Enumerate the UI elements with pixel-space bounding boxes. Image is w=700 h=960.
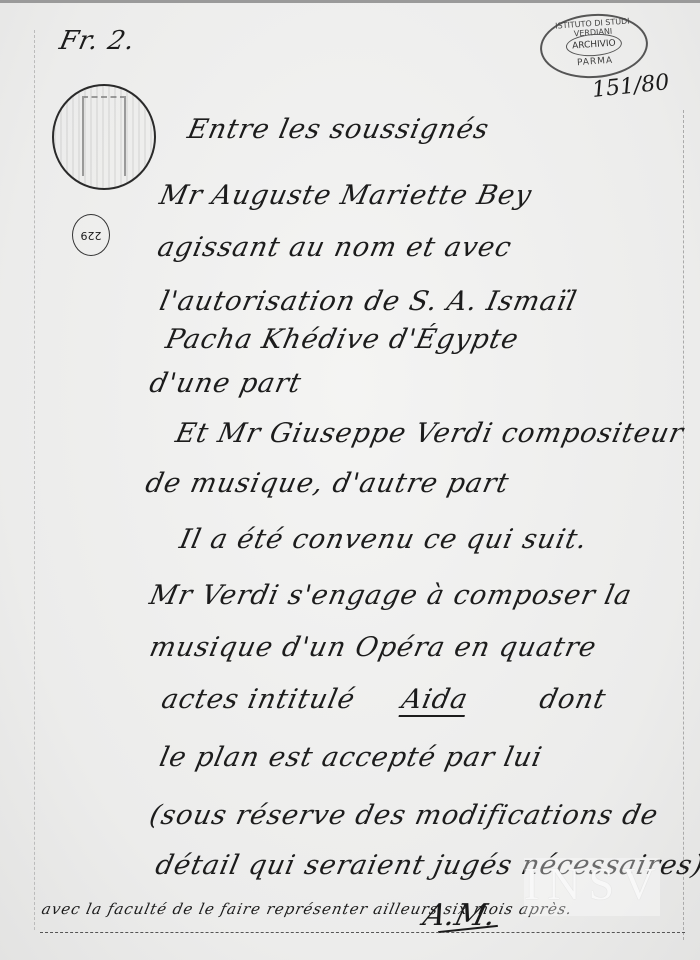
text-line: Et Mr Giuseppe Verdi compositeur	[173, 418, 687, 449]
text-line: Entre les soussignés	[185, 114, 492, 145]
text-line: l'autorisation de S. A. Ismaïl	[157, 286, 580, 317]
text-line: de musique, d'autre part	[143, 468, 512, 499]
text-line: actes intitulé	[159, 684, 358, 715]
archive-stamp-bottom-text: PARMA	[543, 53, 647, 70]
archive-stamp: ISTITUTO DI STUDI VERDIANI ARCHIVIO PARM…	[538, 10, 650, 81]
text-line: Mr Verdi s'engage à composer la	[147, 580, 635, 611]
seal-figure-icon	[82, 96, 126, 176]
text-line: le plan est accepté par lui	[157, 742, 546, 773]
text-line: agissant au nom et avec	[155, 232, 515, 263]
text-line: Il a été convenu ce qui suit.	[177, 524, 591, 555]
text-line: Mr Auguste Mariette Bey	[157, 180, 535, 211]
small-number-stamp: 229	[72, 214, 110, 256]
text-line: Pacha Khédive d'Égypte	[163, 324, 522, 355]
right-margin-fold	[683, 110, 684, 940]
document-page: Fr. 2. ISTITUTO DI STUDI VERDIANI ARCHIV…	[0, 0, 700, 960]
text-line: (sous réserve des modifications de	[147, 800, 662, 831]
bottom-rule	[40, 932, 685, 933]
text-line: d'une part	[147, 368, 305, 399]
reference-mark: Fr. 2.	[57, 26, 138, 56]
seal-icon	[52, 84, 156, 190]
opera-title: Aida	[398, 684, 471, 717]
insv-watermark-logo: INSV	[524, 858, 660, 916]
left-margin-fold	[34, 30, 35, 930]
text-line: musique d'un Opéra en quatre	[147, 632, 600, 663]
scan-top-edge	[0, 0, 700, 3]
text-line: dont	[537, 684, 609, 715]
